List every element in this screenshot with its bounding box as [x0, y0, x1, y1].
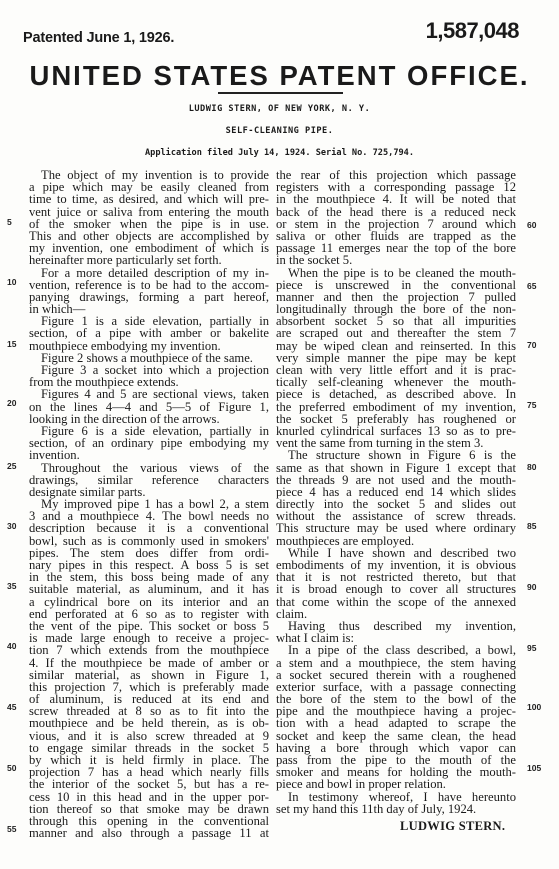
line-number: 80	[527, 462, 536, 472]
text-line: section, of a pipe with amber or bakelit…	[29, 327, 269, 339]
line-number: 5	[7, 217, 12, 227]
line-number: 25	[7, 461, 16, 471]
text-line: Figures 4 and 5 are sectional views, tak…	[29, 388, 269, 400]
line-number: 75	[527, 400, 536, 410]
text-line: tion with a head adapted to scrape the	[276, 717, 516, 729]
patented-date: Patented June 1, 1926.	[23, 30, 174, 46]
line-number: 95	[527, 643, 536, 653]
text-line: piece is detached, as described above. I…	[276, 388, 516, 400]
text-line: it is broad enough to cover all structur…	[276, 583, 516, 595]
line-number: 105	[527, 763, 541, 773]
line-number: 15	[7, 339, 16, 349]
text-line: In testimony whereof, I have hereunto	[276, 791, 516, 803]
text-line: piece and bowl in proper relation.	[276, 778, 516, 790]
text-line: socket and keep the same clean, the head	[276, 730, 516, 742]
text-line: set my hand this 11th day of July, 1924.	[276, 803, 516, 815]
office-heading: UNITED STATES PATENT OFFICE.	[0, 60, 559, 92]
line-number: 10	[7, 277, 16, 287]
line-number: 65	[527, 281, 536, 291]
line-number: 50	[7, 763, 16, 773]
text-line: cess 10 in this head and in the upper po…	[29, 791, 269, 803]
line-number: 20	[7, 398, 16, 408]
signature: LUDWIG STERN.	[400, 819, 505, 834]
line-number: 55	[7, 824, 16, 834]
text-line: the interior of the socket 5, but has a …	[29, 778, 269, 790]
text-line: mouthpieces are employed.	[276, 535, 516, 547]
text-line: mouthpiece embodying my invention.	[29, 340, 269, 352]
line-number: 85	[527, 521, 536, 531]
inventor-line: LUDWIG STERN, OF NEW YORK, N. Y.	[0, 104, 559, 114]
text-line: invention.	[29, 449, 269, 461]
invention-title: SELF-CLEANING PIPE.	[0, 126, 559, 136]
text-line: a stem and a mouthpiece, the stem having	[276, 657, 516, 669]
text-line: vious, and it is also screw threaded at …	[29, 730, 269, 742]
text-line: on the lines 4—4 and 5—5 of Figure 1,	[29, 401, 269, 413]
text-line: hereinafter more particularly set forth.	[29, 254, 269, 266]
text-line: manner and also through a passage 11 at	[29, 827, 269, 839]
text-line: that come within the scope of the annexe…	[276, 596, 516, 608]
line-number: 100	[527, 702, 541, 712]
text-line: a cylindrical bore on its interior and a…	[29, 596, 269, 608]
line-number: 60	[527, 220, 536, 230]
text-line: Throughout the various views of the	[29, 462, 269, 474]
application-line: Application filed July 14, 1924. Serial …	[0, 148, 559, 158]
line-number: 40	[7, 641, 16, 651]
line-number: 35	[7, 581, 16, 591]
text-line: vent juice or saliva from entering the m…	[29, 206, 269, 218]
text-line: are scraped out and thereafter the stem …	[276, 327, 516, 339]
text-line: may be wiped clean and reinserted. In th…	[276, 340, 516, 352]
text-line: same as that shown in Figure 1 except th…	[276, 462, 516, 474]
text-line: The structure shown in Figure 6 is the	[276, 449, 516, 461]
text-line: suitable material, as aluminum, and it h…	[29, 583, 269, 595]
text-line: This structure may be used where ordinar…	[276, 522, 516, 534]
text-line: In a pipe of the class described, a bowl…	[276, 644, 516, 656]
text-line: 4. If the mouthpiece be made of amber or	[29, 657, 269, 669]
line-number: 70	[527, 340, 536, 350]
text-line: back of the head there is a reduced neck	[276, 206, 516, 218]
patent-number: 1,587,048	[426, 18, 519, 44]
text-line: the preferred embodiment of my invention…	[276, 401, 516, 413]
text-line: in the mouthpiece 4. It will be noted th…	[276, 193, 516, 205]
line-number: 45	[7, 702, 16, 712]
line-number: 90	[527, 582, 536, 592]
text-line: mouthpiece and be held therein, as is ob…	[29, 717, 269, 729]
line-number: 30	[7, 521, 16, 531]
heading-rule	[218, 92, 343, 94]
text-line: description because it is a conventional	[29, 522, 269, 534]
text-line: tion 7 which extends from the mouthpiece	[29, 644, 269, 656]
text-line: in the socket 5.	[276, 254, 516, 266]
text-line: bowl, such as is commonly used in smoker…	[29, 535, 269, 547]
text-line: When the pipe is to be cleaned the mouth…	[276, 267, 516, 279]
text-line: For a more detailed description of my in…	[29, 267, 269, 279]
text-line: time to time, as desired, and which will…	[29, 193, 269, 205]
left-column: The object of my invention is to provide…	[29, 169, 269, 839]
right-column: the rear of this projection which passag…	[276, 169, 516, 815]
